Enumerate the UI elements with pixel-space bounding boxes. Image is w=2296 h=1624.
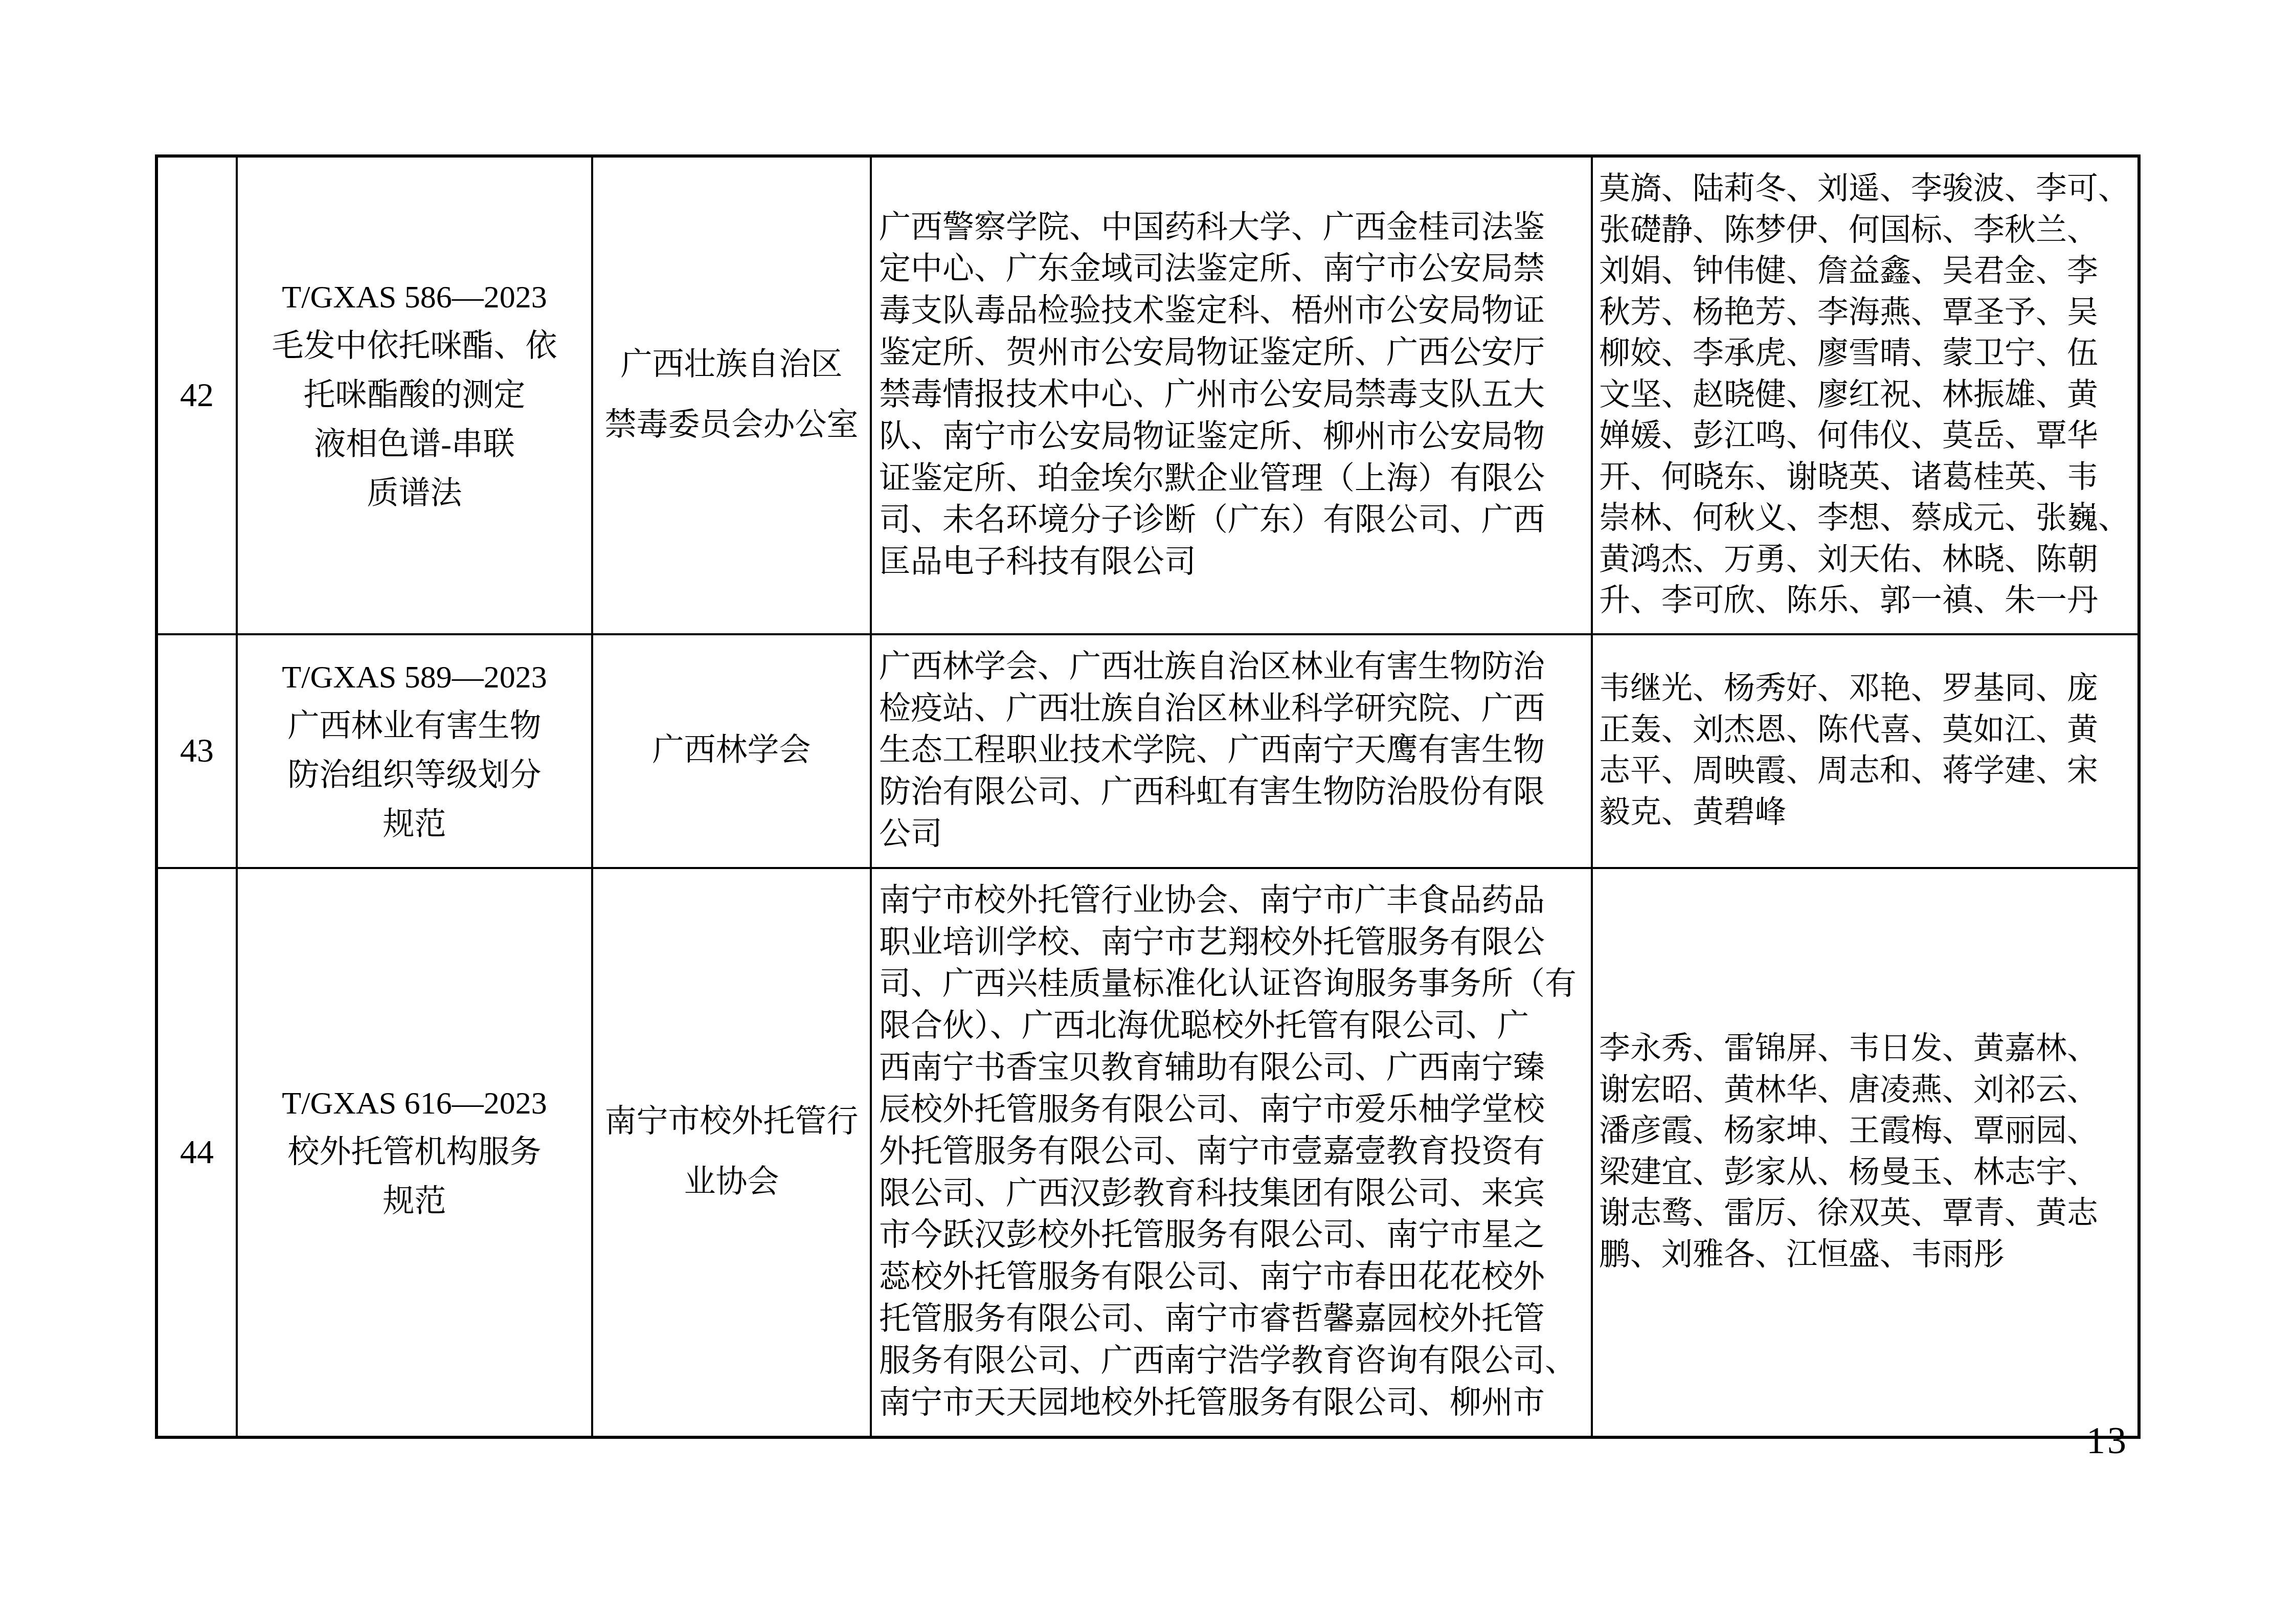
drafting-organizations: 广西警察学院、中国药科大学、广西金桂司法鉴 定中心、广东金域司法鉴定所、南宁市公…	[871, 156, 1592, 634]
drafters-list: 莫旖、陆莉冬、刘遥、李骏波、李可、 张礎静、陈梦伊、何国标、李秋兰、 刘娟、钟伟…	[1592, 156, 2139, 634]
standards-table: 42 T/GXAS 586—2023 毛发中依托咪酯、依 托咪酯酸的测定 液相色…	[155, 154, 2141, 1439]
table-row-42: 42 T/GXAS 586—2023 毛发中依托咪酯、依 托咪酯酸的测定 液相色…	[156, 156, 2139, 634]
drafters-list: 韦继光、杨秀好、邓艳、罗基同、庞 正轰、刘杰恩、陈代喜、莫如江、黄 志平、周映霞…	[1592, 634, 2139, 868]
drafting-organizations: 广西林学会、广西壮族自治区林业有害生物防治 检疫站、广西壮族自治区林业科学研究院…	[871, 634, 1592, 868]
row-number: 42	[156, 156, 237, 634]
lead-organization: 广西林学会	[592, 634, 871, 868]
drafters-list: 李永秀、雷锦屏、韦日发、黄嘉林、 谢宏昭、黄林华、唐凌燕、刘祁云、 潘彦霞、杨家…	[1592, 868, 2139, 1437]
table-row-43: 43 T/GXAS 589—2023 广西林业有害生物 防治组织等级划分 规范 …	[156, 634, 2139, 868]
table-row-44: 44 T/GXAS 616—2023 校外托管机构服务 规范 南宁市校外托管行 …	[156, 868, 2139, 1437]
row-number: 43	[156, 634, 237, 868]
standard-code-and-title: T/GXAS 589—2023 广西林业有害生物 防治组织等级划分 规范	[237, 634, 592, 868]
document-page: 42 T/GXAS 586—2023 毛发中依托咪酯、依 托咪酯酸的测定 液相色…	[0, 0, 2296, 1624]
standard-code-and-title: T/GXAS 616—2023 校外托管机构服务 规范	[237, 868, 592, 1437]
lead-organization: 广西壮族自治区 禁毒委员会办公室	[592, 156, 871, 634]
row-number: 44	[156, 868, 237, 1437]
lead-organization: 南宁市校外托管行 业协会	[592, 868, 871, 1437]
standard-code-and-title: T/GXAS 586—2023 毛发中依托咪酯、依 托咪酯酸的测定 液相色谱-串…	[237, 156, 592, 634]
page-number: 13	[2086, 1422, 2128, 1460]
drafting-organizations: 南宁市校外托管行业协会、南宁市广丰食品药品 职业培训学校、南宁市艺翔校外托管服务…	[871, 868, 1592, 1437]
